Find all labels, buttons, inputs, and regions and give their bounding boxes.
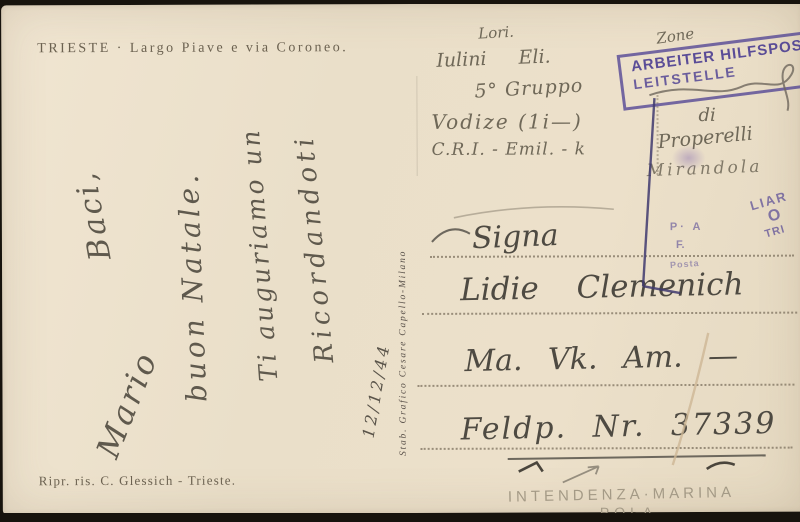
- address-rule-1: [430, 255, 794, 258]
- message-line-4: Baci,: [68, 167, 119, 263]
- address-line-2: Lidie Clemenich: [460, 266, 744, 308]
- edge-stamp-line-3: TRI: [763, 220, 797, 241]
- note-line-1: Lori.: [478, 23, 515, 43]
- arbeits-hilfspost-stamp: ARBEITER HILFSPOST LEITSTELLE: [617, 31, 800, 111]
- postcard-back: TRIESTE · Largo Piave e via Coroneo. Rip…: [1, 3, 800, 515]
- scanner-edge-top: [0, 0, 800, 4]
- faint-stamp-line-2: F.: [676, 239, 685, 251]
- message-line-1: Ricordandoti: [289, 132, 340, 364]
- note-line-2: Iulini Eli.: [436, 45, 551, 71]
- purple-smudge: [672, 145, 706, 171]
- repro-credit: Ripr. ris. C. Glessich - Trieste.: [39, 473, 236, 490]
- address-line-3: Ma. Vk. Am. —: [464, 338, 738, 379]
- postcard-caption: TRIESTE · Largo Piave e via Coroneo.: [37, 40, 348, 57]
- center-divider-line: [416, 76, 417, 176]
- feldpost-underline: [508, 454, 766, 460]
- message-signature: Mario: [89, 345, 166, 463]
- edge-stamp: LIAR O TRI: [748, 188, 797, 242]
- message-line-2: Ti auguriamo un: [236, 127, 284, 383]
- scanner-edge-bottom: [0, 513, 800, 522]
- address-line-1: Signa: [471, 218, 559, 256]
- message-date: 12/12/44: [359, 342, 394, 440]
- pencil-arc: [454, 207, 614, 218]
- pen-tick-right: [707, 463, 735, 469]
- address-rule-3: [417, 384, 794, 387]
- note-name: Properelli: [657, 123, 754, 154]
- bottom-note-line-1: INTENDENZA·MARINA: [508, 484, 735, 506]
- message-line-3: buon Natale.: [172, 170, 214, 402]
- note-di: di: [698, 105, 715, 126]
- note-line-3: 5° Gruppo: [474, 75, 584, 103]
- faint-stamp-line-1: P· A: [670, 221, 704, 233]
- note-line-5: C.R.I. - Emil. - k: [432, 139, 586, 160]
- pencil-arrow: [563, 466, 599, 482]
- note-zone: Zone: [655, 24, 695, 47]
- postcard-scan: { "colors": { "card_cream": "#ece0ca", "…: [0, 0, 800, 522]
- address-line-4: Feldp. Nr. 37339: [460, 406, 776, 448]
- note-line-4: Vodize (1i—): [431, 109, 582, 134]
- address-rule-2: [422, 312, 797, 315]
- pen-tick-left: [519, 463, 543, 472]
- address-rule-4: [421, 447, 793, 450]
- printer-credit-vertical: Stab. Grafico Cesare Capello-Milano: [398, 250, 409, 456]
- address-flourish: [432, 229, 470, 242]
